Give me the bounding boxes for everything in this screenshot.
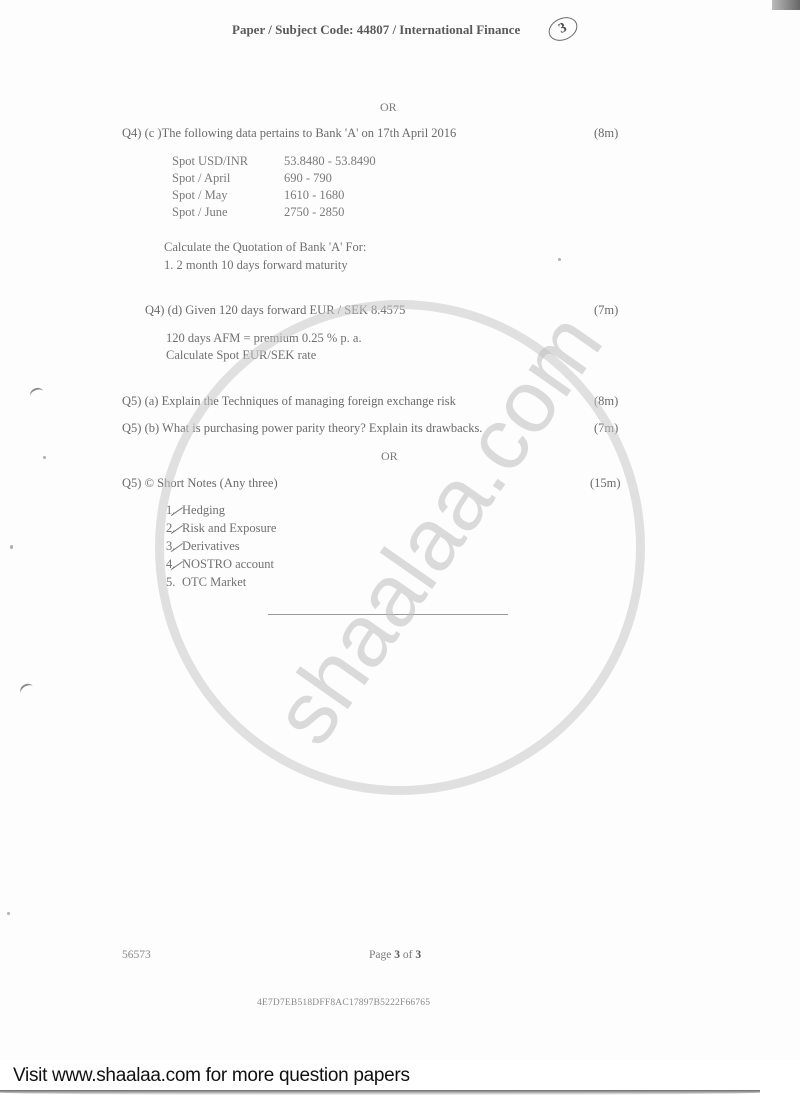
- document-hash: 4E7D7EB518DFF8AC17897B5222F66765: [257, 998, 430, 1008]
- rate-label: Spot / May: [172, 188, 284, 203]
- page-curl-shadow: [0, 1090, 760, 1095]
- promo-banner-text[interactable]: Visit www.shaalaa.com for more question …: [13, 1065, 410, 1087]
- rate-value: 2750 - 2850: [284, 205, 344, 219]
- scan-dust: [10, 545, 13, 548]
- page-corner-shadow: [772, 0, 800, 10]
- rate-label: Spot USD/INR: [172, 154, 284, 169]
- scan-dust: [7, 912, 10, 915]
- scan-dust: [558, 258, 561, 261]
- question-q4c: Q4) (c )The following data pertains to B…: [122, 126, 456, 141]
- q4c-item-1: 1. 2 month 10 days forward maturity: [164, 258, 348, 273]
- handwritten-page-number: 3: [545, 13, 581, 46]
- punch-hole-mark-icon: [18, 681, 36, 698]
- rate-label: Spot / April: [172, 171, 284, 186]
- footer-code: 56573: [122, 949, 151, 961]
- scan-dust: [43, 456, 46, 459]
- scanned-page: Paper / Subject Code: 44807 / Internatio…: [0, 0, 800, 1060]
- rate-row: Spot / May1610 - 1680: [172, 188, 344, 203]
- marks-q4c: (8m): [594, 126, 618, 141]
- rate-row: Spot / June2750 - 2850: [172, 205, 344, 220]
- rate-value: 53.8480 - 53.8490: [284, 154, 376, 168]
- paper-header: Paper / Subject Code: 44807 / Internatio…: [232, 22, 520, 38]
- punch-hole-mark-icon: [28, 386, 45, 402]
- page-number: Page 3 of 3: [369, 949, 421, 961]
- q4c-instruction: Calculate the Quotation of Bank 'A' For:: [164, 240, 366, 255]
- or-separator-1: OR: [380, 100, 397, 115]
- rate-row: Spot / April690 - 790: [172, 171, 332, 186]
- promo-banner: Visit www.shaalaa.com for more question …: [0, 1060, 800, 1102]
- rate-label: Spot / June: [172, 205, 284, 220]
- marks-q4d: (7m): [594, 303, 618, 318]
- rate-row: Spot USD/INR53.8480 - 53.8490: [172, 154, 376, 169]
- rate-value: 1610 - 1680: [284, 188, 344, 202]
- rate-value: 690 - 790: [284, 171, 332, 185]
